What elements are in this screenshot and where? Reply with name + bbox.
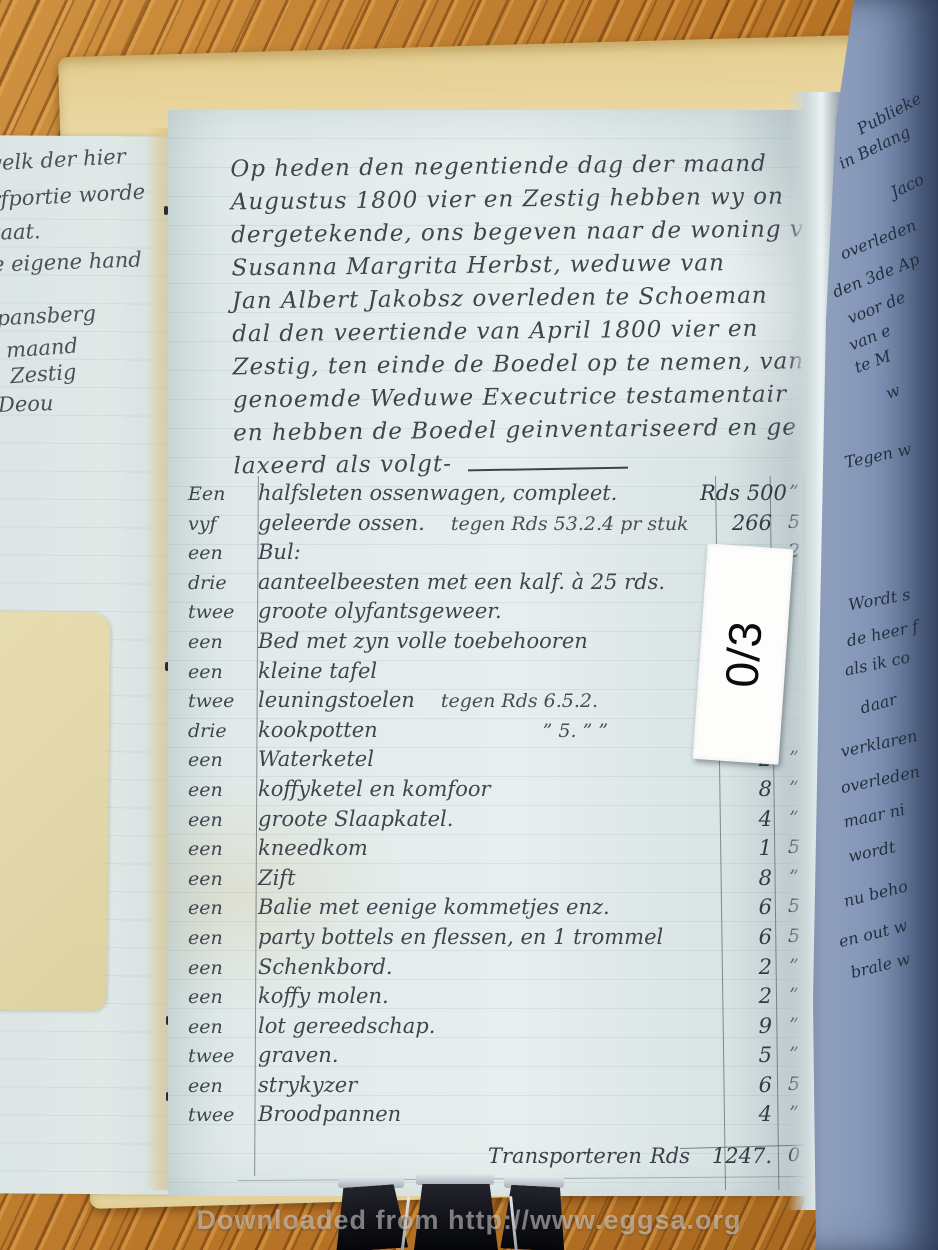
- row-amount-value: 4: [759, 807, 772, 831]
- inventory-row: eenkneedkom15: [188, 836, 834, 866]
- inventory-row: eenkoffyketel en komfoor8”: [188, 777, 834, 807]
- row-amount-value: 5: [759, 1043, 772, 1067]
- row-quantity: twee: [188, 601, 250, 623]
- row-amount-value: 6: [759, 1073, 772, 1097]
- row-item: halfsleten ossenwagen, compleet.: [258, 481, 617, 505]
- row-amount-value: 9: [759, 1014, 772, 1038]
- transport-total: 1247.: [700, 1144, 772, 1168]
- row-amount-value: 2: [759, 984, 772, 1008]
- binder-clip-lip: [416, 1173, 494, 1185]
- row-amount-value: 1: [759, 836, 772, 860]
- row-quantity: vyf: [188, 513, 250, 535]
- intro-paragraph: Op heden den negentiende dag der maandAu…: [230, 147, 834, 484]
- row-item: Zift: [258, 866, 296, 890]
- inventory-row: eenlot gereedschap.9”: [188, 1014, 834, 1044]
- left-fragment: Zestig: [9, 360, 77, 389]
- inventory-row: eenZift8”: [188, 866, 834, 896]
- row-item: geleerde ossen.: [258, 511, 425, 535]
- row-quantity: een: [188, 927, 250, 949]
- row-amount-value: 6: [759, 895, 772, 919]
- row-quantity: drie: [188, 720, 250, 742]
- row-amount-value: 8: [759, 866, 772, 890]
- row-quantity: een: [188, 779, 250, 801]
- row-item: party bottels en flessen, en 1 trommel: [258, 925, 663, 949]
- row-item: Bed met zyn volle toebehooren: [258, 629, 588, 653]
- row-quantity: Een: [188, 483, 250, 505]
- inventory-row: eengroote Slaapkatel.4”: [188, 807, 834, 837]
- row-quantity: twee: [188, 1045, 250, 1067]
- row-quantity: een: [188, 868, 250, 890]
- archive-label-text: 0/3: [714, 619, 773, 690]
- intro-line: en hebben de Boedel geinventariseerd en …: [233, 411, 834, 451]
- row-item: leuningstoelen: [258, 688, 415, 712]
- row-item: kookpotten: [258, 718, 378, 742]
- left-fragment: taat.: [0, 219, 41, 245]
- row-item: koffy molen.: [258, 984, 389, 1008]
- row-amount-rds: 6: [700, 925, 772, 949]
- inventory-row: tweegraven.5”: [188, 1043, 834, 1073]
- row-item: Balie met eenige kommetjes enz.: [258, 895, 610, 919]
- row-quantity: een: [188, 838, 250, 860]
- row-amount-rds: 6: [700, 1073, 772, 1097]
- row-item: groote olyfantsgeweer.: [258, 599, 502, 623]
- row-item: kneedkom: [258, 836, 368, 860]
- row-quantity: twee: [188, 1104, 250, 1126]
- row-amount-rds: 2: [700, 984, 772, 1008]
- row-quantity: een: [188, 897, 250, 919]
- row-item: Bul:: [258, 540, 301, 564]
- row-amount-value: 2: [759, 955, 772, 979]
- photo-canvas: welk der hiererfportie wordetaat.e eigen…: [0, 0, 938, 1250]
- row-item: Waterketel: [258, 747, 374, 771]
- left-page-yellow-patch: [0, 611, 110, 1010]
- row-quantity: een: [188, 809, 250, 831]
- row-quantity: drie: [188, 572, 250, 594]
- row-item: lot gereedschap.: [258, 1014, 435, 1038]
- row-quantity: een: [188, 542, 250, 564]
- row-amount-value: 4: [759, 1102, 772, 1126]
- inventory-row: eenSchenkbord.2”: [188, 955, 834, 985]
- row-item: groote Slaapkatel.: [258, 807, 453, 831]
- transport-label: Transporteren: [488, 1144, 642, 1168]
- row-amount-rds: 8: [700, 866, 772, 890]
- intro-line: laxeerd als volgt-: [233, 444, 834, 484]
- row-quantity: een: [188, 986, 250, 1008]
- row-item: aanteelbeesten met een kalf. à 25 rds.: [258, 570, 665, 594]
- row-amount-rds: 266: [700, 511, 772, 535]
- inventory-row: tweeBroodpannen4”: [188, 1102, 834, 1132]
- row-quantity: twee: [188, 690, 250, 712]
- watermark-text: Downloaded from http://www.eggsa.org: [0, 1205, 938, 1236]
- row-amount-rds: 4: [700, 1102, 772, 1126]
- row-item: graven.: [258, 1043, 339, 1067]
- transport-footer: Transporteren Rds 1247. 0 0: [188, 1144, 834, 1174]
- row-item: koffyketel en komfoor: [258, 777, 491, 801]
- left-fragment: maand: [5, 334, 78, 363]
- row-quantity: een: [188, 631, 250, 653]
- row-item: Schenkbord.: [258, 955, 393, 979]
- inventory-row: eenkoffy molen.2”: [188, 984, 834, 1014]
- row-amount-rds: 9: [700, 1014, 772, 1038]
- intro-line: dergetekende, ons begeven naar de woning…: [231, 213, 834, 253]
- row-amount-rds: 4: [700, 807, 772, 831]
- row-note: ” 5. ” ”: [543, 720, 608, 742]
- transport-currency: Rds: [650, 1144, 690, 1168]
- row-item: strykyzer: [258, 1073, 357, 1097]
- row-note: tegen Rds 53.2.4 pr stuk: [451, 513, 689, 535]
- row-quantity: een: [188, 1016, 250, 1038]
- row-amount-rds: 1: [700, 836, 772, 860]
- row-quantity: een: [188, 661, 250, 683]
- row-quantity: een: [188, 957, 250, 979]
- row-item: kleine tafel: [258, 659, 377, 683]
- archive-label-slip: 0/3: [693, 543, 794, 764]
- row-item: Broodpannen: [258, 1102, 401, 1126]
- row-amount-rds: 8: [700, 777, 772, 801]
- row-note: tegen Rds 6.5.2.: [441, 690, 598, 712]
- inventory-row: eenparty bottels en flessen, en 1 tromme…: [188, 925, 834, 955]
- row-amount-rds: Rds 500: [700, 481, 772, 505]
- row-amount-rds: 6: [700, 895, 772, 919]
- inventory-row: vyfgeleerde ossen.tegen Rds 53.2.4 pr st…: [188, 511, 834, 541]
- row-amount-value: 266: [732, 511, 772, 535]
- inventory-row: eenstrykyzer65: [188, 1073, 834, 1103]
- row-quantity: een: [188, 1075, 250, 1097]
- row-amount-rds: 2: [700, 955, 772, 979]
- left-fragment: Deou: [0, 391, 54, 417]
- row-quantity: een: [188, 749, 250, 771]
- inventory-row: Eenhalfsleten ossenwagen, compleet.Rds 5…: [188, 481, 834, 511]
- row-amount-value: 6: [759, 925, 772, 949]
- inventory-row: eenBalie met eenige kommetjes enz.65: [188, 895, 834, 925]
- row-amount-rds: 5: [700, 1043, 772, 1067]
- row-currency-prefix: Rds: [700, 481, 740, 505]
- row-amount-value: 8: [759, 777, 772, 801]
